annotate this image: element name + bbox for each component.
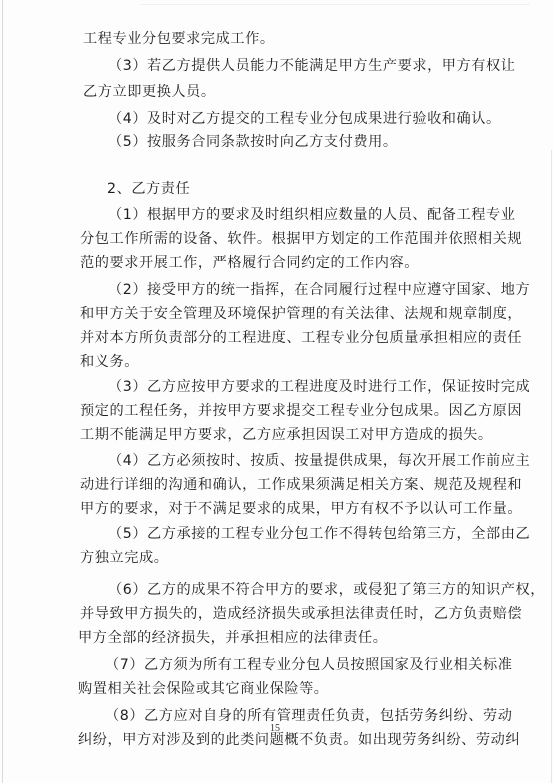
text-line: （3）乙方应按甲方要求的工程进度及时进行工作，保证按时完成 xyxy=(108,378,530,396)
text-line: 方独立完成。 xyxy=(80,549,168,567)
text-line: 预定的工程任务，并按甲方要求提交工程专业分包成果。因乙方原因 xyxy=(80,402,522,420)
page-number: 15 xyxy=(270,723,280,734)
text-line: 甲方的要求，对于不满足要求的成果，甲方有权不予以认可工作量。 xyxy=(80,500,522,518)
text-line: 2、乙方责任 xyxy=(107,180,190,198)
text-line: （7）乙方须为所有工程专业分包人员按照国家及行业相关标准 xyxy=(105,656,513,674)
text-line: （3）若乙方提供人员能力不能满足甲方生产要求，甲方有权让 xyxy=(108,57,516,75)
text-line: （6）乙方的成果不符合甲方的要求，或侵犯了第三方的知识产权， xyxy=(108,581,545,599)
page-edge-left xyxy=(2,0,3,783)
text-line: 和义务。 xyxy=(80,353,139,371)
text-line: 工期不能满足甲方要求，乙方应承担因误工对甲方造成的损失。 xyxy=(80,426,493,444)
page-edge-top xyxy=(140,4,530,5)
text-line: （8）乙方应对自身的所有管理责任负责，包括劳务纠纷、劳动 xyxy=(105,707,513,725)
text-line: （4）乙方必须按时、按质、按量提供成果，每次开展工作前应主 xyxy=(108,452,530,470)
text-line: 和甲方关于安全管理及环境保护管理的有关法律、法规和规章制度， xyxy=(80,305,522,323)
text-line: 并导致甲方损失的，造成经济损失或承担法律责任时，乙方负责赔偿 xyxy=(80,605,522,623)
text-line: 工程专业分包要求完成工作。 xyxy=(83,30,275,48)
text-line: （5）按服务合同条款按时向乙方支付费用。 xyxy=(108,133,398,151)
text-line: 甲方全部的经济损失，并承担相应的法律责任。 xyxy=(78,629,388,647)
document-page: 工程专业分包要求完成工作。（3）若乙方提供人员能力不能满足甲方生产要求，甲方有权… xyxy=(0,0,554,783)
text-line: （2）接受甲方的统一指挥，在合同履行过程中应遵守国家、地方 xyxy=(108,281,530,299)
text-line: （4）及时对乙方提交的工程专业分包成果进行验收和确认。 xyxy=(108,110,501,128)
text-line: （1）根据甲方的要求及时组织相应数量的人员、配备工程专业 xyxy=(108,206,516,224)
page-edge-right xyxy=(551,150,552,783)
text-line: 乙方立即更换人员。 xyxy=(83,83,216,101)
text-line: 购置相关社会保险或其它商业保险等。 xyxy=(78,680,329,698)
text-line: （5）乙方承接的工程专业分包工作不得转包给第三方，全部由乙 xyxy=(108,525,530,543)
text-line: 动进行详细的沟通和确认，工作成果须满足相关方案、规范及规程和 xyxy=(80,476,522,494)
text-line: 纠纷，甲方对涉及到的此类问题概不负责。如出现劳务纠纷、劳动纠 xyxy=(78,731,520,749)
text-line: 并对本方所负责部分的工程进度、工程专业分包质量承担相应的责任 xyxy=(80,329,522,347)
text-line: 范的要求开展工作，严格履行合同约定的工作内容。 xyxy=(80,254,419,272)
text-line: 分包工作所需的设备、软件。根据甲方划定的工作范围并依照相关规 xyxy=(80,230,522,248)
